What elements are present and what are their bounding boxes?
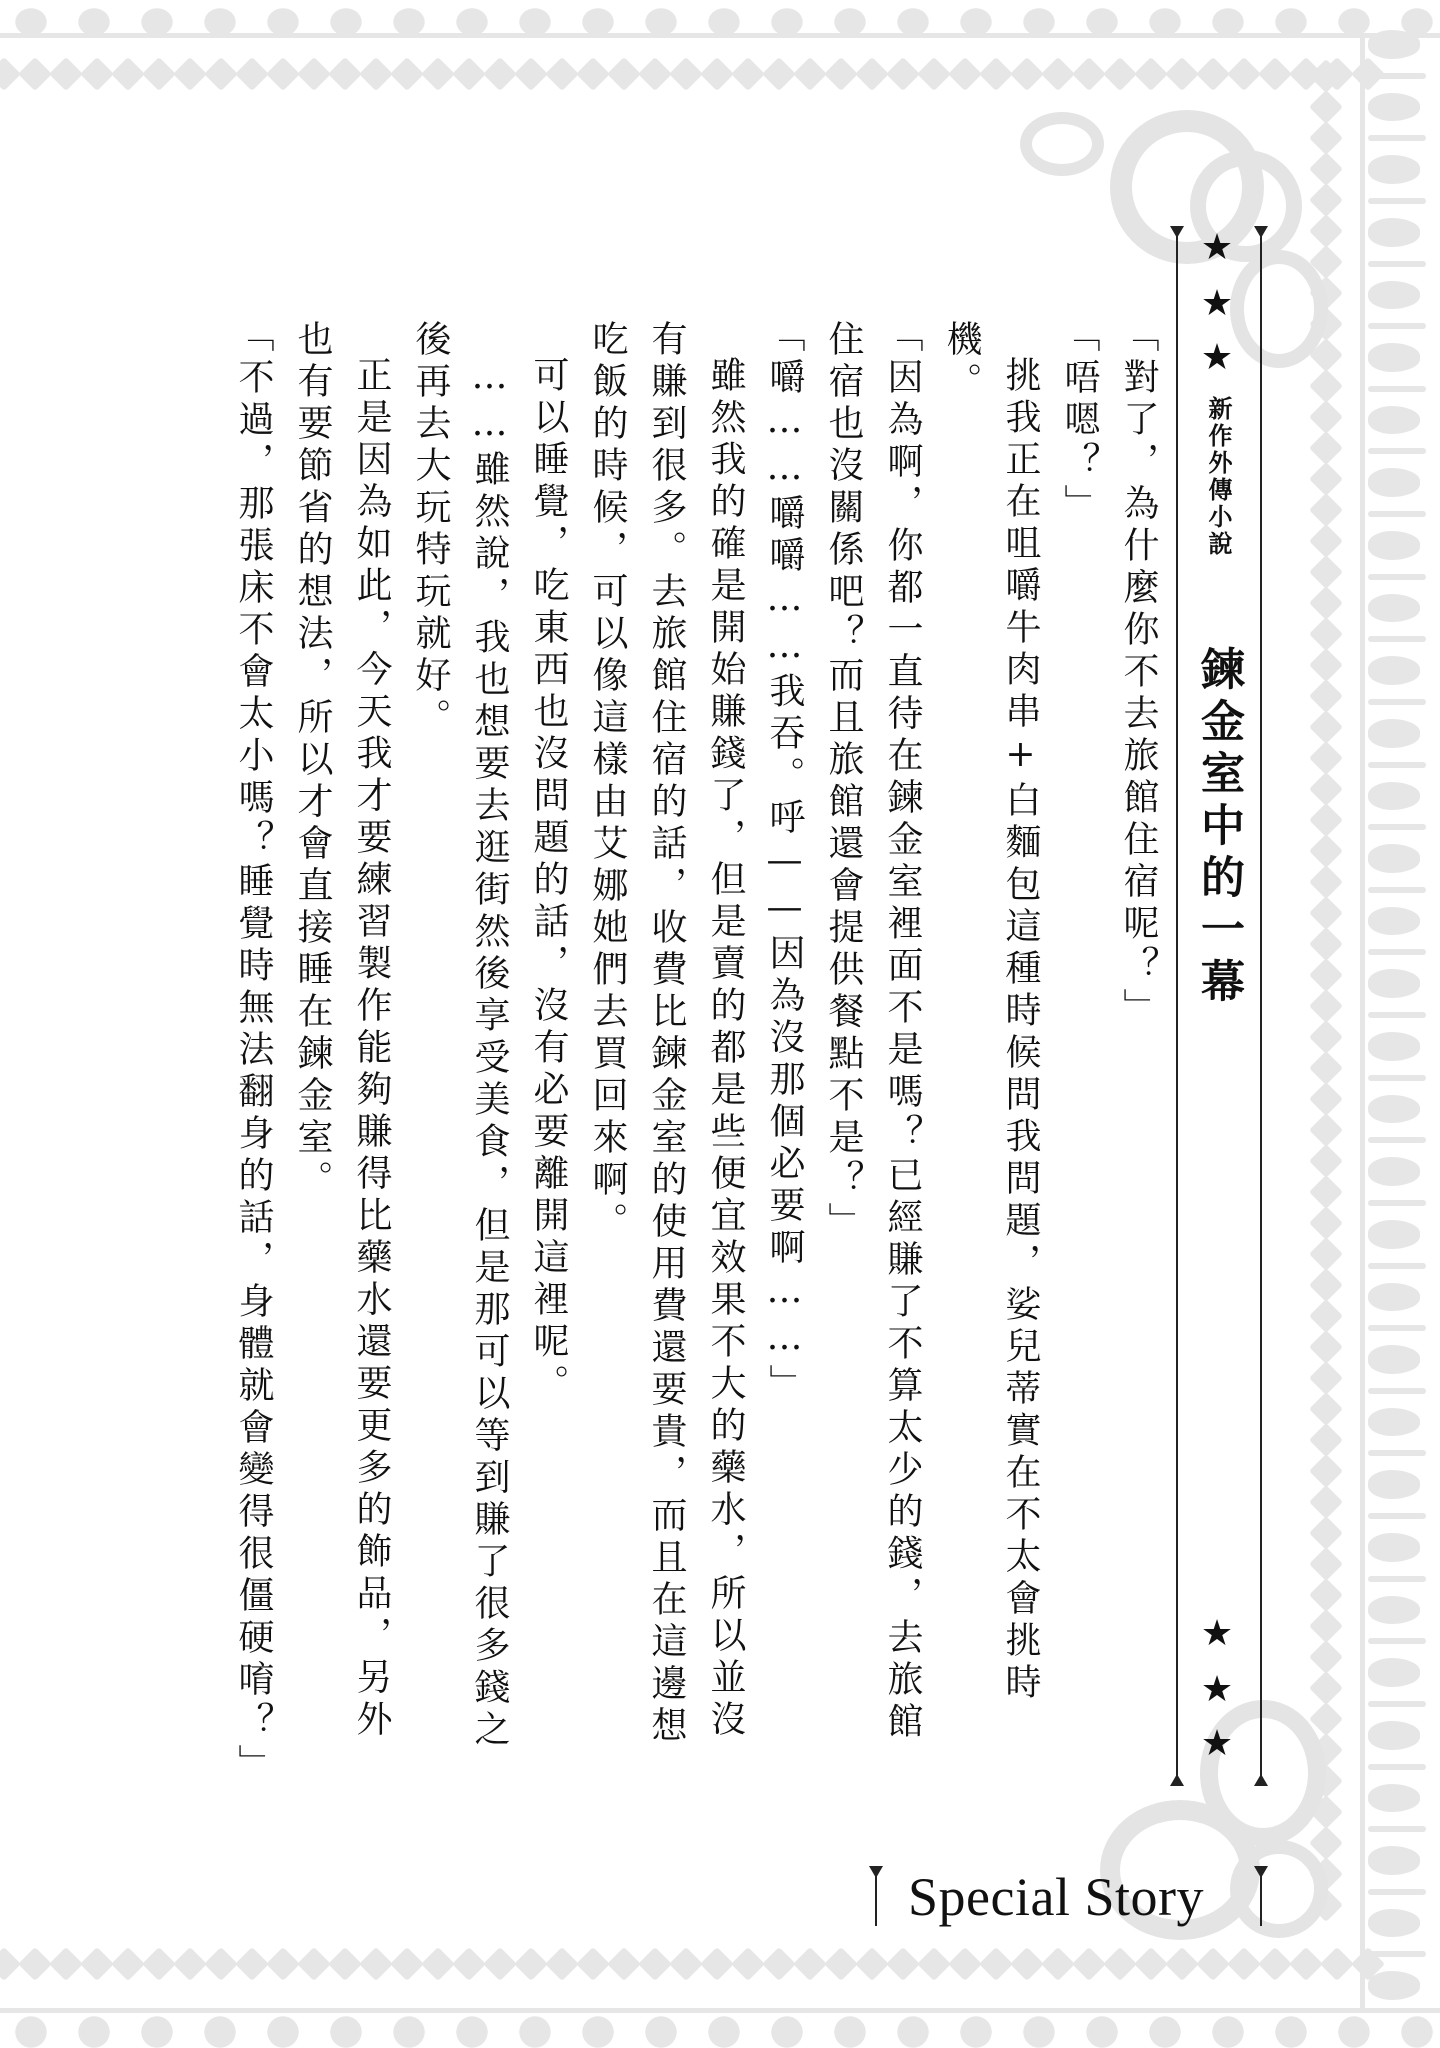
ornament-shape — [1368, 887, 1426, 893]
title-rule-left — [1176, 226, 1178, 1786]
ornament-shape — [576, 57, 610, 91]
ornament-shape — [80, 57, 114, 91]
ornament-shape — [111, 57, 145, 91]
ornament-shape — [173, 57, 207, 91]
ornament-shape — [1309, 1330, 1343, 1364]
ornament-shape — [1165, 1947, 1199, 1981]
ornament-shape — [359, 1947, 393, 1981]
ornament-shape — [1368, 1971, 1420, 2000]
ornament-shape — [1309, 1516, 1343, 1550]
ornament-shape — [1309, 1423, 1343, 1457]
ornament-shape — [1368, 1470, 1420, 1499]
ornament-shape — [948, 1947, 982, 1981]
title-rule-right — [1260, 226, 1262, 1786]
ornament-shape — [1368, 73, 1426, 79]
top-ornamental-border — [0, 0, 1440, 38]
ornament-shape — [1309, 1268, 1343, 1302]
ornament-shape — [1309, 555, 1343, 589]
banner-rule-right — [1260, 1866, 1262, 1926]
ornament-shape — [793, 1947, 827, 1981]
ornament-shape — [18, 1947, 52, 1981]
ornament-shape — [762, 1947, 796, 1981]
ornament-shape — [1368, 782, 1420, 811]
ornament-shape — [359, 57, 393, 91]
ornament-shape — [1368, 1513, 1426, 1519]
ornament-shape — [1368, 1951, 1426, 1957]
ornament-shape — [700, 57, 734, 91]
ornament-shape — [1368, 386, 1426, 392]
ornament-shape — [545, 57, 579, 91]
ornament-shape — [1368, 1701, 1426, 1707]
paragraph-narration: 正是因為如此，今天我才要練習製作能夠賺得比藥水還要更多的飾品，另外也有要節省的想… — [283, 320, 401, 1780]
ornament-shape — [483, 57, 517, 91]
ornament-shape — [1368, 1220, 1420, 1249]
ornament-shape — [390, 1947, 424, 1981]
ornament-shape — [1368, 699, 1426, 705]
ornament-shape — [1368, 1658, 1420, 1687]
ornament-shape — [824, 57, 858, 91]
ornament-shape — [1309, 1392, 1343, 1426]
ornament-shape — [514, 57, 548, 91]
star-icon: ★ — [1199, 1616, 1235, 1652]
ornament-shape — [1010, 57, 1044, 91]
ornament-shape — [1010, 1947, 1044, 1981]
ornament-shape — [1309, 493, 1343, 527]
ornament-shape — [1368, 135, 1426, 141]
paragraph-dialogue: 「唔嗯？」 — [1050, 320, 1109, 1780]
ornament-shape — [1165, 57, 1199, 91]
ornament-shape — [1368, 448, 1426, 454]
ornament-shape — [1227, 1947, 1261, 1981]
ornament-shape — [1309, 865, 1343, 899]
ornament-shape — [1368, 1012, 1426, 1018]
ornament-shape — [1309, 1671, 1343, 1705]
ornament-shape — [1227, 57, 1261, 91]
ornament-shape — [1196, 1947, 1230, 1981]
ornament-shape — [886, 1947, 920, 1981]
ornament-shape — [1368, 323, 1426, 329]
ornament-shape — [1309, 896, 1343, 930]
ornament-shape — [1368, 1846, 1420, 1875]
ornament-shape — [1368, 949, 1426, 955]
ornament-shape — [855, 57, 889, 91]
right-border-line — [1360, 38, 1365, 2010]
ornament-shape — [80, 1947, 114, 1981]
ornament-shape — [173, 1947, 207, 1981]
ornament-shape — [1309, 834, 1343, 868]
paragraph-narration: 可以睡覺，吃東西也沒問題的話，沒有必要離開這裡呢。 — [519, 320, 578, 1780]
ornament-shape — [1309, 214, 1343, 248]
ornament-shape — [1368, 1764, 1426, 1770]
ornament-shape — [1368, 218, 1420, 247]
ornament-shape — [204, 1947, 238, 1981]
ornament-shape — [1309, 1609, 1343, 1643]
ornament-shape — [1368, 907, 1420, 936]
ornament-shape — [1368, 261, 1426, 267]
ornament-shape — [18, 57, 52, 91]
ornament-shape — [855, 1947, 889, 1981]
ornament-shape — [1368, 198, 1426, 204]
paragraph-narration: 挑我正在咀嚼牛肉串+白麵包這種時候問我問題，娑兒蒂實在不太會挑時機。 — [932, 320, 1050, 1780]
ornament-shape — [1309, 1175, 1343, 1209]
ornament-shape — [979, 1947, 1013, 1981]
right-ornamental-border — [1368, 30, 1440, 2020]
ornament-shape — [1309, 1020, 1343, 1054]
series-label: 新作外傳小說 — [1198, 396, 1238, 558]
ornament-shape — [1368, 1721, 1420, 1750]
ornament-shape — [1368, 1283, 1420, 1312]
ornament-shape — [1309, 152, 1343, 186]
chapter-title: 鍊金室中的一幕 — [1190, 646, 1246, 1010]
ornament-shape — [1368, 762, 1426, 768]
star-icon: ★ — [1199, 230, 1235, 266]
ornament-shape — [638, 1947, 672, 1981]
ornament-shape — [1368, 574, 1426, 580]
ornament-shape — [576, 1947, 610, 1981]
ornament-shape — [607, 57, 641, 91]
ornament-shape — [1368, 1576, 1426, 1582]
ornament-shape — [1368, 1345, 1420, 1374]
star-icon: ★ — [1199, 1726, 1235, 1762]
ornament-shape — [1368, 1889, 1426, 1895]
ornament-shape — [1309, 524, 1343, 558]
ornament-shape — [1309, 1113, 1343, 1147]
ornament-shape — [669, 57, 703, 91]
ornament-shape — [421, 57, 455, 91]
ornament-shape — [1309, 1454, 1343, 1488]
ornament-shape — [483, 1947, 517, 1981]
ornament-shape — [1309, 90, 1343, 124]
ornament-shape — [1368, 1638, 1426, 1644]
ornament-shape — [824, 1947, 858, 1981]
ornament-shape — [421, 1947, 455, 1981]
ornament-shape — [1368, 30, 1420, 59]
ornament-shape — [700, 1947, 734, 1981]
ornament-shape — [235, 1947, 269, 1981]
ornament-shape — [1103, 57, 1137, 91]
ornament-shape — [1309, 183, 1343, 217]
ornament-shape — [1368, 155, 1420, 184]
ornament-shape — [545, 1947, 579, 1981]
special-story-label: Special Story — [908, 1868, 1204, 1926]
ornament-shape — [1309, 1299, 1343, 1333]
ornament-shape — [1320, 1947, 1354, 1981]
ornament-shape — [1368, 1032, 1420, 1061]
ornament-shape — [452, 1947, 486, 1981]
paragraph-dialogue: 「對了，為什麼你不去旅館住宿呢？」 — [1109, 320, 1168, 1780]
ornament-shape — [1072, 57, 1106, 91]
ornament-shape — [917, 57, 951, 91]
ornament-shape — [607, 1947, 641, 1981]
ornament-shape — [452, 57, 486, 91]
ornament-shape — [1309, 1485, 1343, 1519]
star-icon: ★ — [1199, 286, 1235, 322]
ornament-shape — [1368, 1263, 1426, 1269]
ornament-shape — [328, 57, 362, 91]
ornament-shape — [979, 57, 1013, 91]
ornament-shape — [235, 57, 269, 91]
ornament-shape — [1368, 1075, 1426, 1081]
ornament-shape — [1368, 1408, 1420, 1437]
ornament-shape — [1309, 1361, 1343, 1395]
ornament-shape — [731, 1947, 765, 1981]
ornament-shape — [1196, 57, 1230, 91]
ornament-shape — [1309, 369, 1343, 403]
ornament-shape — [793, 57, 827, 91]
ornament-shape — [1368, 1784, 1420, 1813]
ornament-shape — [1368, 719, 1420, 748]
star-icon: ★ — [1199, 1672, 1235, 1708]
ornament-shape — [762, 57, 796, 91]
paragraph-dialogue: 「嚼……嚼嚼……我吞。呼——因為沒那個必要啊……」 — [755, 320, 814, 1780]
ornament-shape — [1368, 1095, 1420, 1124]
ornament-shape — [1368, 1325, 1426, 1331]
ornament-shape — [266, 1947, 300, 1981]
paragraph-dialogue: 「因為啊，你都一直待在鍊金室裡面不是嗎？已經賺了不算太少的錢，去旅館住宿也沒關係… — [814, 320, 932, 1780]
ornament-shape — [1309, 989, 1343, 1023]
ornament-shape — [142, 57, 176, 91]
ornament-shape — [297, 1947, 331, 1981]
ornament-shape — [1368, 1533, 1420, 1562]
ornament-shape — [1368, 594, 1420, 623]
ornament-shape — [669, 1947, 703, 1981]
ornament-shape — [917, 1947, 951, 1981]
ornament-shape — [1309, 741, 1343, 775]
bottom-ornamental-border — [0, 2008, 1440, 2048]
ornament-shape — [1368, 1137, 1426, 1143]
ornament-shape — [1309, 1051, 1343, 1085]
ornament-shape — [1134, 1947, 1168, 1981]
ornament-shape — [204, 57, 238, 91]
ornament-shape — [1368, 636, 1426, 642]
ornament-shape — [49, 1947, 83, 1981]
ornament-shape — [1368, 531, 1420, 560]
ornament-shape — [1041, 1947, 1075, 1981]
paragraph-narration: ……雖然說，我也想要去逛街然後享受美食，但是那可以等到賺了很多錢之後再去大玩特玩… — [401, 320, 519, 1780]
ornament-shape — [1309, 462, 1343, 496]
ornament-shape — [297, 57, 331, 91]
ornament-shape — [1368, 844, 1420, 873]
ornament-shape — [1041, 57, 1075, 91]
chapter-title-bar: ★ ★ ★ 新作外傳小說 鍊金室中的一幕 ★ ★ ★ — [1176, 226, 1266, 1786]
ornament-shape — [1368, 281, 1420, 310]
story-body: 「對了，為什麼你不去旅館住宿呢？」 「唔嗯？」 挑我正在咀嚼牛肉串+白麵包這種時… — [224, 320, 1168, 1780]
ornament-shape — [948, 57, 982, 91]
ornament-shape — [1309, 1206, 1343, 1240]
bottom-diamond-row — [0, 1952, 1380, 1976]
ornament-shape — [1309, 679, 1343, 713]
ornament-shape — [1309, 400, 1343, 434]
ornament-shape — [1368, 656, 1420, 685]
ornament-shape — [1309, 648, 1343, 682]
ornament-shape — [1309, 121, 1343, 155]
ornament-shape — [1368, 406, 1420, 435]
special-story-banner: Special Story — [872, 1866, 1272, 1926]
ornament-shape — [1368, 93, 1420, 122]
ornament-shape — [328, 1947, 362, 1981]
ornament-shape — [1103, 1947, 1137, 1981]
ornament-shape — [1368, 969, 1420, 998]
ornament-shape — [1309, 927, 1343, 961]
ornament-shape — [731, 57, 765, 91]
ornament-shape — [1368, 1826, 1426, 1832]
ornament-shape — [1368, 1596, 1420, 1625]
ornament-shape — [1309, 1237, 1343, 1271]
ornament-shape — [49, 57, 83, 91]
ornament-shape — [390, 57, 424, 91]
ornament-shape — [1309, 772, 1343, 806]
top-diamond-row — [0, 62, 1380, 86]
ornament-shape — [1368, 511, 1426, 517]
ornament-shape — [1309, 1082, 1343, 1116]
ornament-shape — [514, 1947, 548, 1981]
ornament-shape — [111, 1947, 145, 1981]
ornament-shape — [1309, 1578, 1343, 1612]
ornament-shape — [1368, 1388, 1426, 1394]
banner-rule-left — [875, 1866, 877, 1926]
paragraph-narration: 雖然我的確是開始賺錢了，但是賣的都是些便宜效果不大的藥水，所以並沒有賺到很多。去… — [578, 320, 755, 1780]
ornament-shape — [1309, 1144, 1343, 1178]
ornament-shape — [1309, 803, 1343, 837]
ornament-shape — [1134, 57, 1168, 91]
ornament-shape — [1368, 468, 1420, 497]
ornament-shape — [266, 57, 300, 91]
ornament-shape — [1368, 1450, 1426, 1456]
ornament-shape — [1368, 1200, 1426, 1206]
star-icon: ★ — [1199, 340, 1235, 376]
ornament-shape — [1309, 1640, 1343, 1674]
ornament-shape — [1309, 958, 1343, 992]
ornament-shape — [1309, 586, 1343, 620]
ornament-shape — [1309, 710, 1343, 744]
ornament-shape — [142, 1947, 176, 1981]
ornament-shape — [1368, 824, 1426, 830]
ornament-shape — [1258, 57, 1292, 91]
ornament-shape — [1309, 1547, 1343, 1581]
ornament-shape — [1309, 617, 1343, 651]
ornament-shape — [1368, 1909, 1420, 1938]
ornament-shape — [638, 57, 672, 91]
ornament-shape — [1289, 1947, 1323, 1981]
ornament-shape — [1258, 1947, 1292, 1981]
ornament-shape — [1072, 1947, 1106, 1981]
ornament-shape — [886, 57, 920, 91]
paragraph-dialogue: 「不過，那張床不會太小嗎？睡覺時無法翻身的話，身體就會變得很僵硬唷？」 — [224, 320, 283, 1780]
ornament-shape — [1309, 431, 1343, 465]
ornament-shape — [1368, 1157, 1420, 1186]
ornament-shape — [1368, 343, 1420, 372]
ornament-shape — [1309, 59, 1343, 93]
